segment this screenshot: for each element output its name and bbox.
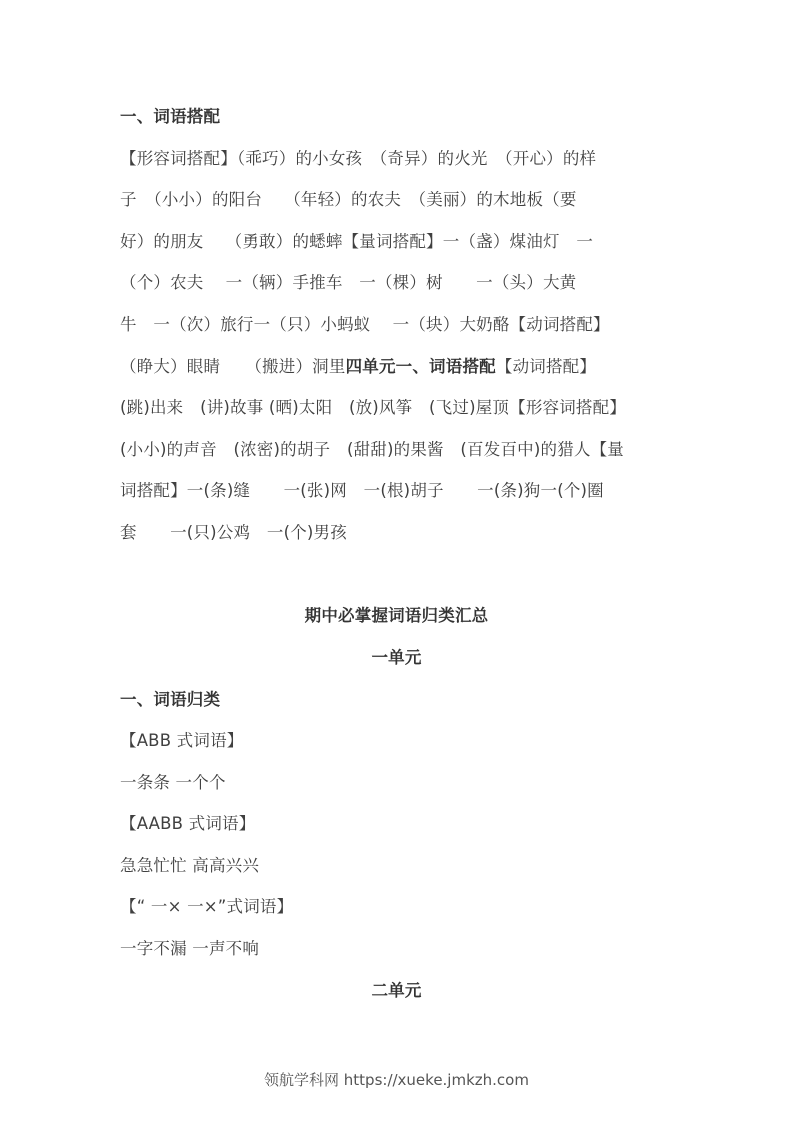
document-page: 一、词语搭配 【形容词搭配】（乖巧）的小女孩 （奇异）的火光 （开心）的样 子 … xyxy=(0,0,793,1122)
text-line-9: 词搭配】一(条)缝 一(张)网 一(根)胡子 一(条)狗一(个)圈 xyxy=(120,480,680,502)
category-abb-label: 【ABB 式词语】 xyxy=(120,730,680,752)
category-yi-x-yi-x-label: 【“ 一× 一×”式词语】 xyxy=(120,896,680,918)
unit-2-heading: 二单元 xyxy=(0,980,793,1002)
unit4-heading-inline: 四单元一、词语搭配 xyxy=(346,357,496,376)
unit-1-heading: 一单元 xyxy=(0,647,793,669)
text-line-3: 好）的朋友 （勇敢）的蟋蟀【量词搭配】一（盏）煤油灯 一 xyxy=(120,231,680,253)
text-line-1: 【形容词搭配】（乖巧）的小女孩 （奇异）的火光 （开心）的样 xyxy=(120,148,680,170)
text-line-5: 牛 一（次）旅行一（只）小蚂蚁 一（块）大奶酪【动词搭配】 xyxy=(120,314,680,336)
text-line-6-after: 【动词搭配】 xyxy=(496,357,596,376)
category-aabb-examples: 急急忙忙 高高兴兴 xyxy=(120,855,680,877)
document-title: 期中必掌握词语归类汇总 xyxy=(0,605,793,627)
category-abb-examples: 一条条 一个个 xyxy=(120,772,680,794)
section-heading-word-collocation: 一、词语搭配 xyxy=(120,106,680,128)
text-line-10: 套 一(只)公鸡 一(个)男孩 xyxy=(120,522,680,544)
category-yi-x-yi-x-examples: 一字不漏 一声不响 xyxy=(120,938,680,960)
footer-watermark: 领航学科网 https://xueke.jmkzh.com xyxy=(0,1070,793,1090)
text-line-8: (小小)的声音 (浓密)的胡子 (甜甜)的果酱 (百发百中)的猎人【量 xyxy=(120,439,680,461)
text-line-7: (跳)出来 (讲)故事 (晒)太阳 (放)风筝 (飞过)屋顶【形容词搭配】 xyxy=(120,397,680,419)
section-heading-word-classification: 一、词语归类 xyxy=(120,689,680,711)
text-line-2: 子 （小小）的阳台 （年轻）的农夫 （美丽）的木地板（要 xyxy=(120,189,680,211)
text-line-6: （睁大）眼睛 （搬进）洞里四单元一、词语搭配【动词搭配】 xyxy=(120,356,680,378)
text-line-4: （个）农夫 一（辆）手推车 一（棵）树 一（头）大黄 xyxy=(120,272,680,294)
category-aabb-label: 【AABB 式词语】 xyxy=(120,813,680,835)
text-line-6-before: （睁大）眼睛 （搬进）洞里 xyxy=(120,357,346,376)
